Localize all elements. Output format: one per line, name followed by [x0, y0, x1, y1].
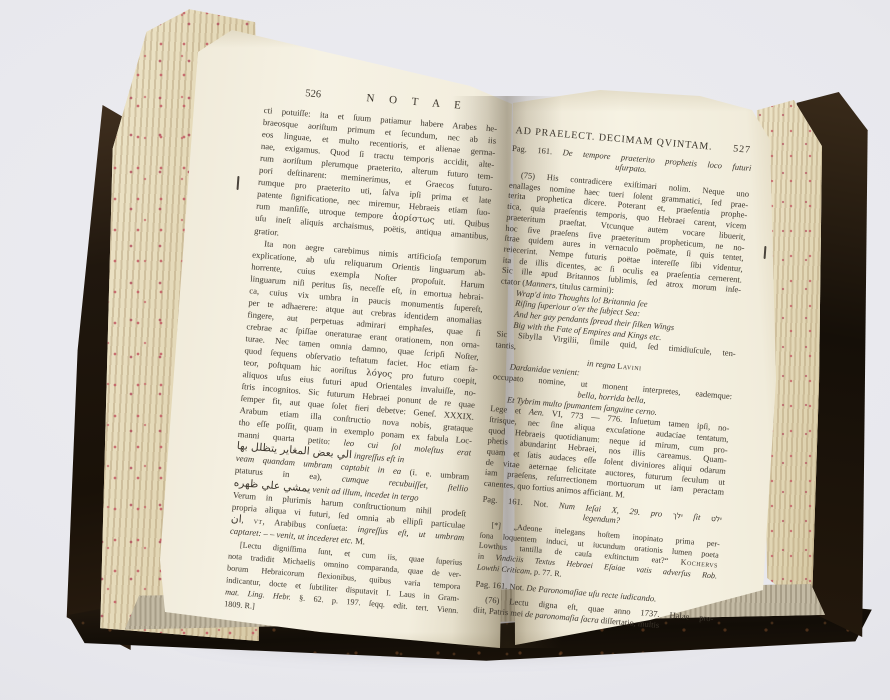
text-segment: M.: [353, 535, 366, 546]
text-segment: legendum?: [582, 513, 620, 526]
left-page-number: 526: [305, 88, 322, 101]
text-segment: in: [478, 552, 496, 562]
text-segment: gratior.: [254, 225, 280, 237]
text-segment: ſit: [682, 510, 711, 522]
text-segment: Pag. 161. Not.: [475, 578, 527, 592]
right-page-text: AD PRAELECT. DECIMAM QVINTAM. 527 Pag. 1…: [473, 126, 753, 635]
text-segment: in regna: [587, 358, 618, 371]
photo-of-open-book: 526 N O T A E cti potuiſſe: ita et ſuum …: [0, 0, 890, 700]
text-segment: ילט: [711, 514, 723, 524]
right-page-lines: Pag. 161. De tempore praeterito propheti…: [473, 143, 752, 635]
left-page-text: 526 N O T A E cti potuiſſe: ita et ſuum …: [224, 84, 500, 629]
text-segment: 1809. R.]: [224, 599, 255, 610]
text-segment: Aen.: [529, 406, 545, 417]
left-page-lines: cti potuiſſe: ita et ſuum patiamur haber…: [224, 104, 498, 629]
right-page-number: 527: [733, 144, 752, 156]
text-segment: , p. 77. R.: [530, 567, 562, 579]
text-segment: Lavini: [617, 360, 642, 372]
text-segment: ctator (: [501, 275, 526, 287]
text-segment: tantis,: [495, 339, 516, 351]
text-segment: ,: [241, 514, 254, 525]
text-segment: uſurpato.: [615, 162, 647, 175]
